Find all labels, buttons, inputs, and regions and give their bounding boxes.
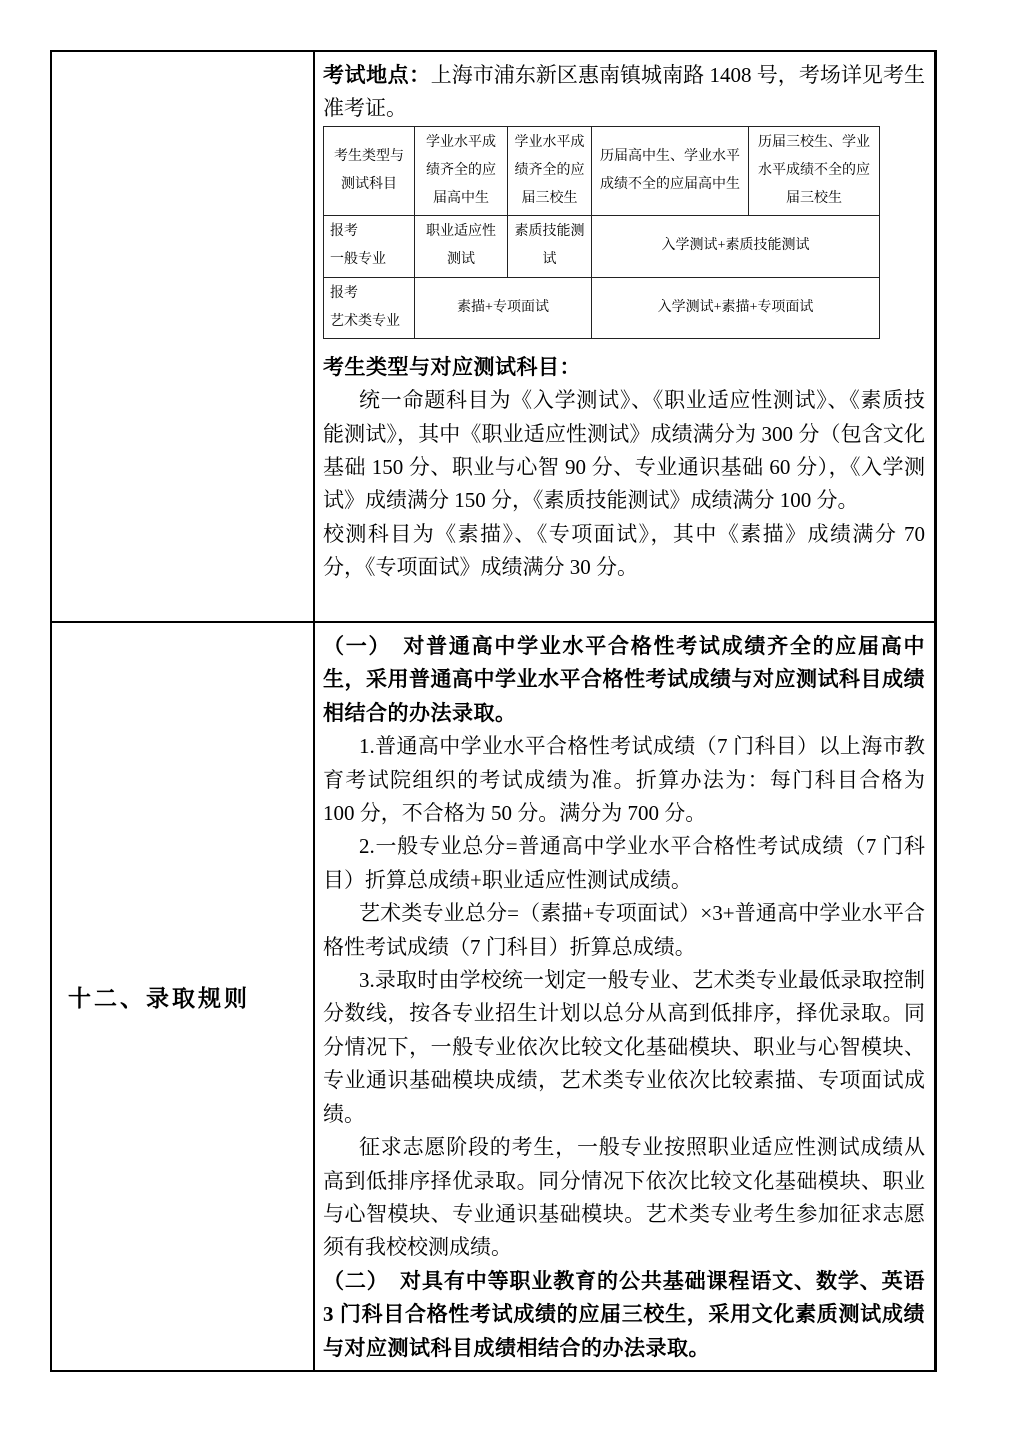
art-major-type-line1: 报考 bbox=[330, 280, 408, 308]
exam-location-paragraph: 考试地点：上海市浦东新区惠南镇城南路 1408 号，考场详见考生准考证。 bbox=[323, 59, 925, 126]
unified-subjects-paragraph: 统一命题科目为《入学测试》、《职业适应性测试》、《素质技能测试》，其中《职业适应… bbox=[323, 384, 925, 518]
general-major-type-line1: 报考 bbox=[330, 218, 408, 246]
general-major-test-2: 素质技能测试 bbox=[508, 215, 592, 277]
rule-section-1-heading: （一） 对普通高中学业水平合格性考试成绩齐全的应届高中生，采用普通高中学业水平合… bbox=[323, 630, 925, 730]
general-major-test-1: 职业适应性测试 bbox=[415, 215, 508, 277]
rules-cell: （一） 对普通高中学业水平合格性考试成绩齐全的应届高中生，采用普通高中学业水平合… bbox=[315, 623, 934, 1370]
header-sanxiao-complete: 学业水平成绩齐全的应届三校生 bbox=[508, 126, 592, 215]
art-major-test-merged-left: 素描+专项面试 bbox=[415, 277, 592, 338]
admission-rules-table: 考试地点：上海市浦东新区惠南镇城南路 1408 号，考场详见考生准考证。 考生类… bbox=[50, 50, 937, 1372]
rule-paragraph-supplementary: 征求志愿阶段的考生，一般专业按照职业适应性测试成绩从高到低排序择优录取。同分情况… bbox=[323, 1131, 925, 1265]
art-major-row: 报考 艺术类专业 素描+专项面试 入学测试+素描+专项面试 bbox=[324, 277, 880, 338]
section-label-cell: 十二、录取规则 bbox=[52, 623, 315, 1370]
art-major-test-merged-right: 入学测试+素描+专项面试 bbox=[592, 277, 880, 338]
rule-paragraph-2: 2.一般专业总分=普通高中学业水平合格性考试成绩（7 门科目）折算总成绩+职业适… bbox=[323, 830, 925, 897]
header-gaozhong-complete: 学业水平成绩齐全的应届高中生 bbox=[415, 126, 508, 215]
header-sanxiao-incomplete: 历届三校生、学业水平成绩不全的应届三校生 bbox=[749, 126, 880, 215]
subjects-heading: 考生类型与对应测试科目： bbox=[323, 351, 925, 384]
rule-paragraph-1: 1.普通高中学业水平合格性考试成绩（7 门科目）以上海市教育考试院组织的考试成绩… bbox=[323, 730, 925, 830]
general-major-type: 报考 一般专业 bbox=[324, 215, 415, 277]
general-major-row: 报考 一般专业 职业适应性测试 素质技能测试 入学测试+素质技能测试 bbox=[324, 215, 880, 277]
rule-paragraph-culture-test: 1.文化素质测试试行使用中等职业学校学生学业水平公共基础 bbox=[323, 1365, 925, 1370]
exam-location-label: 考试地点： bbox=[323, 63, 431, 87]
header-candidate-type-line2: 测试科目 bbox=[330, 171, 408, 199]
empty-cell bbox=[52, 52, 315, 623]
section-label: 十二、录取规则 bbox=[68, 980, 250, 1013]
header-candidate-type-line1: 考生类型与 bbox=[330, 143, 408, 171]
general-major-test-merged: 入学测试+素质技能测试 bbox=[592, 215, 880, 277]
rule-section-2-heading: （二） 对具有中等职业教育的公共基础课程语文、数学、英语 3 门科目合格性考试成… bbox=[323, 1265, 925, 1365]
header-gaozhong-incomplete: 历届高中生、学业水平成绩不全的应届高中生 bbox=[592, 126, 749, 215]
exam-schedule-table: 考生类型与 测试科目 学业水平成绩齐全的应届高中生 学业水平成绩齐全的应届三校生… bbox=[323, 126, 880, 339]
exam-section-cell: 考试地点：上海市浦东新区惠南镇城南路 1408 号，考场详见考生准考证。 考生类… bbox=[315, 52, 934, 623]
general-major-type-line2: 一般专业 bbox=[330, 246, 408, 274]
art-major-type-line2: 艺术类专业 bbox=[330, 308, 408, 336]
art-major-type: 报考 艺术类专业 bbox=[324, 277, 415, 338]
rule-paragraph-art-total: 艺术类专业总分=（素描+专项面试）×3+普通高中学业水平合格性考试成绩（7 门科… bbox=[323, 897, 925, 964]
header-candidate-type: 考生类型与 测试科目 bbox=[324, 126, 415, 215]
rule-paragraph-3: 3.录取时由学校统一划定一般专业、艺术类专业最低录取控制分数线，按各专业招生计划… bbox=[323, 964, 925, 1131]
table-header-row: 考生类型与 测试科目 学业水平成绩齐全的应届高中生 学业水平成绩齐全的应届三校生… bbox=[324, 126, 880, 215]
school-test-paragraph: 校测科目为《素描》、《专项面试》，其中《素描》成绩满分 70 分，《专项面试》成… bbox=[323, 518, 925, 585]
